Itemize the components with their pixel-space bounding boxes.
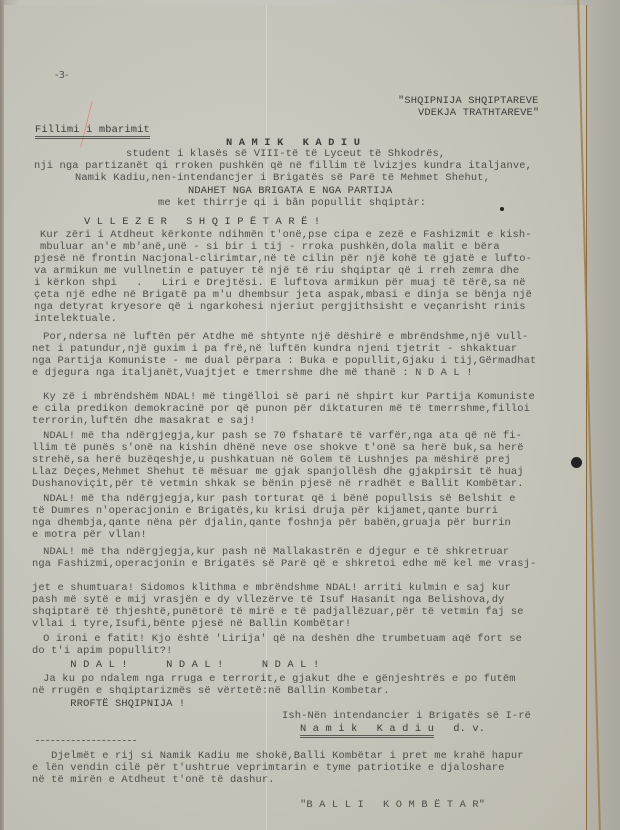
body-line: Dushanoviçit,për të vetmin shkak se bëni… <box>32 478 524 490</box>
footer-line: në të mirën e Atdheut t'onë të dashur. <box>32 774 275 786</box>
motto-line-2: VDEKJA TRATHTAREVE" <box>418 107 539 119</box>
ink-blot <box>571 457 582 468</box>
body-line: Por,ndersa në luftën për Atdhe më shtynt… <box>24 331 528 343</box>
body-line: O ironi e fatit! Kjo është 'Lirija' që n… <box>24 633 522 645</box>
motto-line-1: "SHQIPNIJA SHQIPTAREVE <box>398 95 538 107</box>
paper-fold <box>266 5 267 830</box>
body-line: NDAL! më tha ndërgjegja,kur pash se 70 f… <box>24 430 522 442</box>
body-line: në rrugën e shqiptarizmës së vërtetë:në … <box>32 685 390 697</box>
page-number: -3- <box>55 70 69 81</box>
body-line: NDAL! më tha ndërgjegja,kur pash në Mall… <box>24 546 509 558</box>
body-line: e cila predikon demokracinë por që punon… <box>32 403 530 415</box>
body-line: Llaz Deçes,Mehmet Shehut të mësuar me gj… <box>32 466 524 478</box>
body-line: jet e shumtuara! Sidomos klithma e mbrën… <box>32 582 511 594</box>
intro-headline: NDAHET NGA BRIGATA E NGA PARTIJA <box>188 185 392 197</box>
body-line: Ky zë i mbrëndshëm NDAL! më tingëlloi së… <box>24 391 535 403</box>
body-line: do t'i apim popullit?! <box>32 645 172 657</box>
closing-cheer: RROFTË SHQIPNIJA ! <box>32 698 185 710</box>
body-line: e motra për vllan! <box>32 529 147 541</box>
separator-rule <box>36 740 136 741</box>
body-line: Ja ku po ndalem nga rruga e terrorit,e g… <box>24 673 516 685</box>
left-heading: Fillimi i mbarimit <box>35 124 150 139</box>
document-photo: -3- "SHQIPNIJA SHQIPTAREVE VDEKJA TRATHT… <box>0 0 620 830</box>
intro-line: Namik Kadiu,nen-intendancjer i Brigatës … <box>75 172 490 184</box>
body-line: net i patundur,një guxim i pa frë,në luf… <box>32 343 517 355</box>
intro-line: student i klasës së VIII-të të Lyceut të… <box>126 148 445 160</box>
body-line: intelektuale. <box>34 313 117 325</box>
footer-signature: "B A L L I K O M B Ë T A R" <box>300 799 485 811</box>
body-line: pash më sytë e mij vrasjën e dy vllezërv… <box>32 594 505 606</box>
intro-line: nji nga partizanët qi rroken pushkën që … <box>34 160 532 172</box>
body-line: nga dhembja,qante nëna për djalin,qante … <box>32 517 511 529</box>
body-line: NDAL! më tha ndërgjegja,kur pash tortura… <box>24 493 516 505</box>
body-line: terrorin,luftën dhe masakrat e saj! <box>32 415 256 427</box>
footer-line: Djelmët e rij si Namik Kadiu me shokë,Ba… <box>32 750 524 762</box>
body-line: e djegura nga italjanët,Vuajtjet e tmerr… <box>32 367 473 379</box>
body-line: shqiptarë të thjeshtë,punëtorë të mirë e… <box>32 606 524 618</box>
ink-blot <box>500 207 504 211</box>
body-line: nga detyrat kryesore që i ngarkohesi nje… <box>34 301 526 313</box>
signature-name: N a m i k K a d i u <box>300 723 434 738</box>
body-line: pjesë në frontin Nacjonal-clirimtar,në t… <box>34 253 532 265</box>
body-line: strehë,sa herë buzëqeshje,u pushkatuan n… <box>32 454 511 466</box>
salutation: V L L E Z E R S H Q I P Ë T A R Ë ! <box>84 216 320 228</box>
body-line: mbuluar an'e mb'anë,unë - si bir i tij -… <box>40 241 500 253</box>
body-line: çeta një edhe në Brigatë pa m'u dhembsur… <box>34 289 532 301</box>
body-line: të Dumres n'operacjonin e Brigatës,ku kr… <box>32 505 498 517</box>
body-line: llim të punës s'onë na kishin dhënë neve… <box>32 442 524 454</box>
body-line: Kur zëri i Atdheut kërkonte ndihmën t'on… <box>40 229 532 241</box>
footer-line: e lën vendin cilë për t'ushtrue veprimta… <box>32 762 505 774</box>
signature-title: Ish-Nën intendancier i Brigatës së I-rë <box>282 710 531 722</box>
ndal-line: N D A L ! N D A L ! N D A L ! <box>32 659 319 671</box>
signature-suffix: d. v. <box>453 723 485 735</box>
intro-line: me ket thirrje qi i bân popullit shqiptà… <box>158 197 426 209</box>
body-line: vllai i tyre,Isufi,bënte pjesë në Ballin… <box>32 618 351 630</box>
body-line: nga Partija Komuniste - me dual përpara … <box>32 355 536 367</box>
body-line: va armikun me vullnetin e patuyer të një… <box>34 265 519 277</box>
body-line: i kërkon shpi . Liri e Drejtësi. E lufto… <box>34 277 526 289</box>
body-line: nga Fashizmi,operacjonin e Brigatës së P… <box>32 558 536 570</box>
